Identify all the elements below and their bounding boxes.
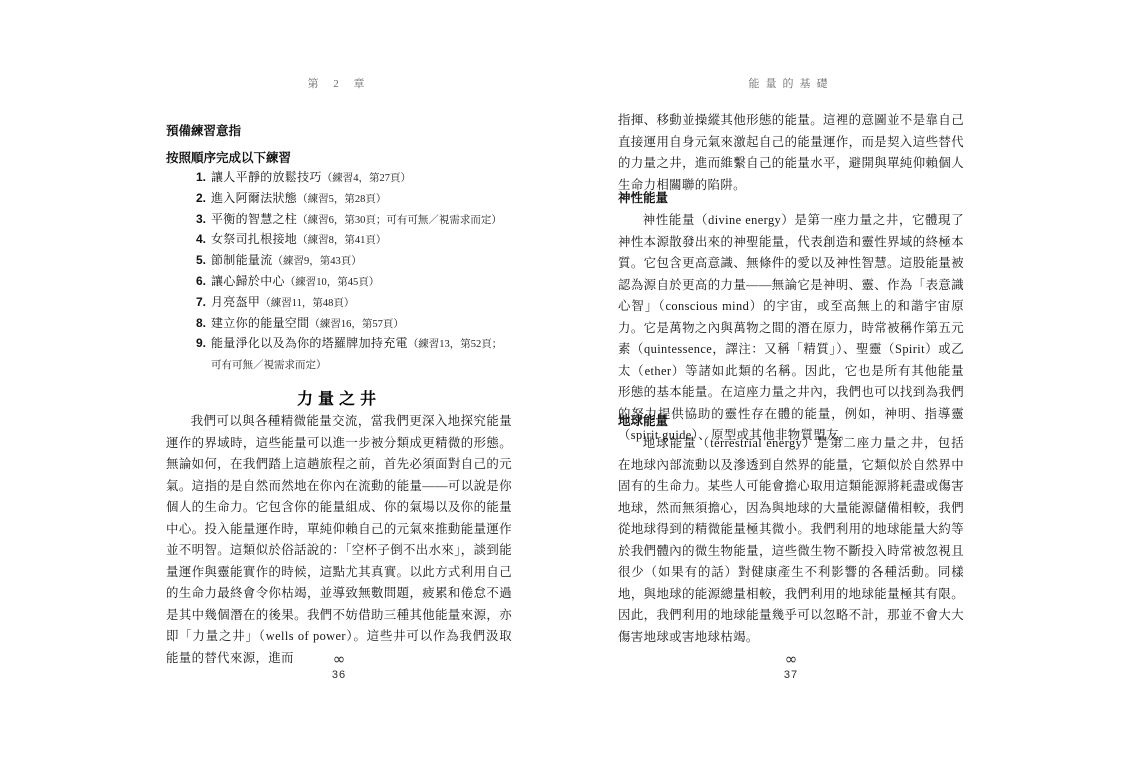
page-footer-right: ∞ 37 bbox=[618, 651, 964, 681]
exercise-text: 讓心歸於中心 bbox=[211, 274, 285, 288]
earth-energy-paragraph: 地球能量（terrestrial energy）是第二座力量之井，包括在地球內部… bbox=[618, 433, 964, 648]
exercise-number: 7. bbox=[196, 293, 211, 312]
book-spread: 第 2 章 預備練習意指 按照順序完成以下練習 1.讓人平靜的放鬆技巧（練習4，… bbox=[0, 0, 1133, 766]
exercise-text: 能量淨化以及為你的塔羅牌加持充電 bbox=[211, 336, 408, 350]
exercise-note: （練習6，第30頁；可有可無／視需求而定） bbox=[297, 215, 502, 226]
exercise-item: 6.讓心歸於中心（練習10，第45頁） bbox=[196, 272, 506, 293]
exercise-number: 9. bbox=[196, 334, 211, 353]
exercise-text: 月亮盔甲 bbox=[211, 295, 260, 309]
page-left: 第 2 章 預備練習意指 按照順序完成以下練習 1.讓人平靜的放鬆技巧（練習4，… bbox=[166, 0, 512, 766]
running-head-chapter: 第 2 章 bbox=[166, 75, 512, 91]
exercise-note: （練習8，第41頁） bbox=[297, 235, 386, 246]
exercise-item: 4.女祭司扎根接地（練習8，第41頁） bbox=[196, 230, 506, 251]
exercise-item: 2.進入阿爾法狀態（練習5，第28頁） bbox=[196, 189, 506, 210]
exercise-text: 節制能量流 bbox=[211, 253, 273, 267]
running-head-section: 能量的基礎 bbox=[618, 75, 964, 91]
exercise-note: （練習5，第28頁） bbox=[297, 194, 386, 205]
continuation-paragraph: 指揮、移動並操縱其他形態的能量。這裡的意圖並不是靠自己直接運用自身元氣來激起自己… bbox=[618, 110, 964, 196]
section-title-wells-of-power: 力量之井 bbox=[166, 386, 512, 409]
exercise-note: （練習9，第43頁） bbox=[273, 256, 362, 267]
wells-paragraph: 我們可以與各種精微能量交流，當我們更深入地探究能量運作的界域時，這些能量可以進一… bbox=[166, 411, 512, 669]
exercise-text: 平衡的智慧之柱 bbox=[211, 212, 297, 226]
exercise-list: 1.讓人平靜的放鬆技巧（練習4，第27頁） 2.進入阿爾法狀態（練習5，第28頁… bbox=[196, 168, 506, 376]
exercise-number: 1. bbox=[196, 168, 211, 187]
page-number-right: 37 bbox=[618, 669, 964, 681]
infinity-ornament-icon: ∞ bbox=[166, 651, 512, 667]
section-title-earth-energy: 地球能量 bbox=[618, 411, 964, 429]
page-right: 能量的基礎 指揮、移動並操縱其他形態的能量。這裡的意圖並不是靠自己直接運用自身元… bbox=[618, 0, 964, 766]
exercise-note: （練習16，第57頁） bbox=[309, 319, 404, 330]
infinity-ornament-icon: ∞ bbox=[618, 651, 964, 667]
exercise-note: （練習4，第27頁） bbox=[322, 173, 411, 184]
page-footer-left: ∞ 36 bbox=[166, 651, 512, 681]
exercise-item: 7.月亮盔甲（練習11，第48頁） bbox=[196, 293, 506, 314]
prep-block: 預備練習意指 按照順序完成以下練習 bbox=[166, 118, 512, 172]
exercise-text: 女祭司扎根接地 bbox=[211, 232, 297, 246]
exercise-item: 9.能量淨化以及為你的塔羅牌加持充電（練習13，第52頁；可有可無／視需求而定） bbox=[196, 334, 506, 376]
exercise-number: 2. bbox=[196, 189, 211, 208]
page-number-left: 36 bbox=[166, 669, 512, 681]
exercise-number: 5. bbox=[196, 251, 211, 270]
prep-title: 預備練習意指 bbox=[166, 118, 512, 145]
exercise-note: （練習11，第48頁） bbox=[260, 298, 354, 309]
exercise-item: 8.建立你的能量空間（練習16，第57頁） bbox=[196, 314, 506, 335]
section-title-divine-energy: 神性能量 bbox=[618, 188, 964, 206]
exercise-item: 3.平衡的智慧之柱（練習6，第30頁；可有可無／視需求而定） bbox=[196, 210, 506, 231]
exercise-number: 6. bbox=[196, 272, 211, 291]
exercise-text: 讓人平靜的放鬆技巧 bbox=[211, 170, 322, 184]
exercise-number: 4. bbox=[196, 230, 211, 249]
exercise-number: 3. bbox=[196, 210, 211, 229]
exercise-number: 8. bbox=[196, 314, 211, 333]
exercise-item: 1.讓人平靜的放鬆技巧（練習4，第27頁） bbox=[196, 168, 506, 189]
exercise-text: 進入阿爾法狀態 bbox=[211, 191, 297, 205]
exercise-note: （練習10，第45頁） bbox=[285, 277, 380, 288]
exercise-item: 5.節制能量流（練習9，第43頁） bbox=[196, 251, 506, 272]
exercise-text: 建立你的能量空間 bbox=[211, 316, 309, 330]
